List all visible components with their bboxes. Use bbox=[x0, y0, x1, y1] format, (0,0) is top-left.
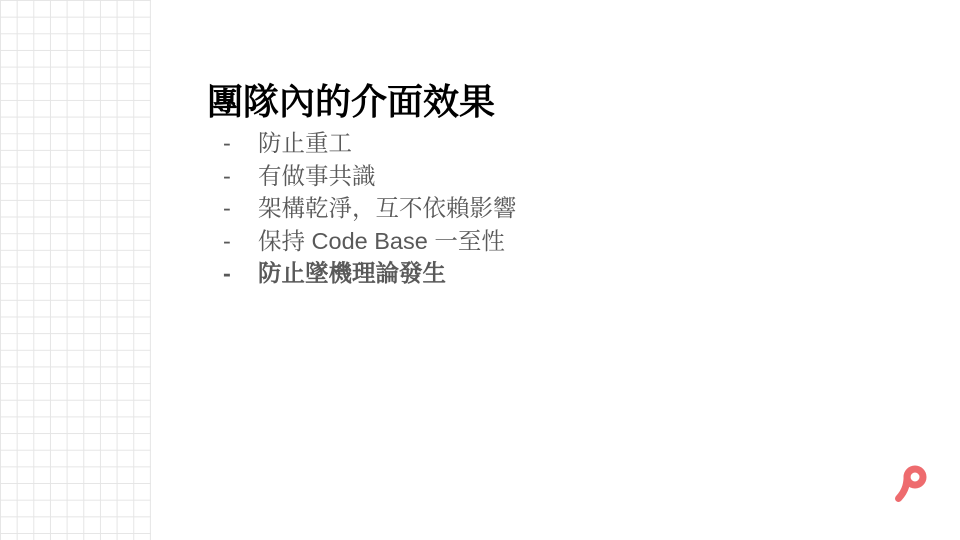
bullet-list: - 防止重工 - 有做事共識 - 架構乾淨，互不依賴影響 - 保持 Code B… bbox=[223, 127, 517, 290]
bullet-dash: - bbox=[223, 257, 258, 290]
slide-title: 團隊內的介面效果 bbox=[207, 74, 495, 125]
list-item-text: 有做事共識 bbox=[258, 160, 376, 193]
list-item-text: 防止重工 bbox=[258, 127, 352, 160]
bullet-dash: - bbox=[223, 225, 258, 258]
list-item-text: 保持 Code Base 一至性 bbox=[258, 225, 505, 258]
bullet-dash: - bbox=[223, 192, 258, 225]
brand-logo bbox=[894, 465, 928, 505]
list-item-text: 防止墜機理論發生 bbox=[258, 257, 446, 290]
list-item-text: 架構乾淨，互不依賴影響 bbox=[258, 192, 517, 225]
list-item: - 保持 Code Base 一至性 bbox=[223, 225, 517, 258]
list-item: - 防止重工 bbox=[223, 127, 517, 160]
presentation-slide: 團隊內的介面效果 - 防止重工 - 有做事共識 - 架構乾淨，互不依賴影響 - … bbox=[0, 0, 960, 540]
list-item-emphasized: - 防止墜機理論發生 bbox=[223, 257, 517, 290]
bullet-dash: - bbox=[223, 127, 258, 160]
p-logo-icon bbox=[894, 465, 928, 505]
list-item: - 有做事共識 bbox=[223, 160, 517, 193]
grid-pattern bbox=[0, 0, 151, 540]
list-item: - 架構乾淨，互不依賴影響 bbox=[223, 192, 517, 225]
bullet-dash: - bbox=[223, 160, 258, 193]
